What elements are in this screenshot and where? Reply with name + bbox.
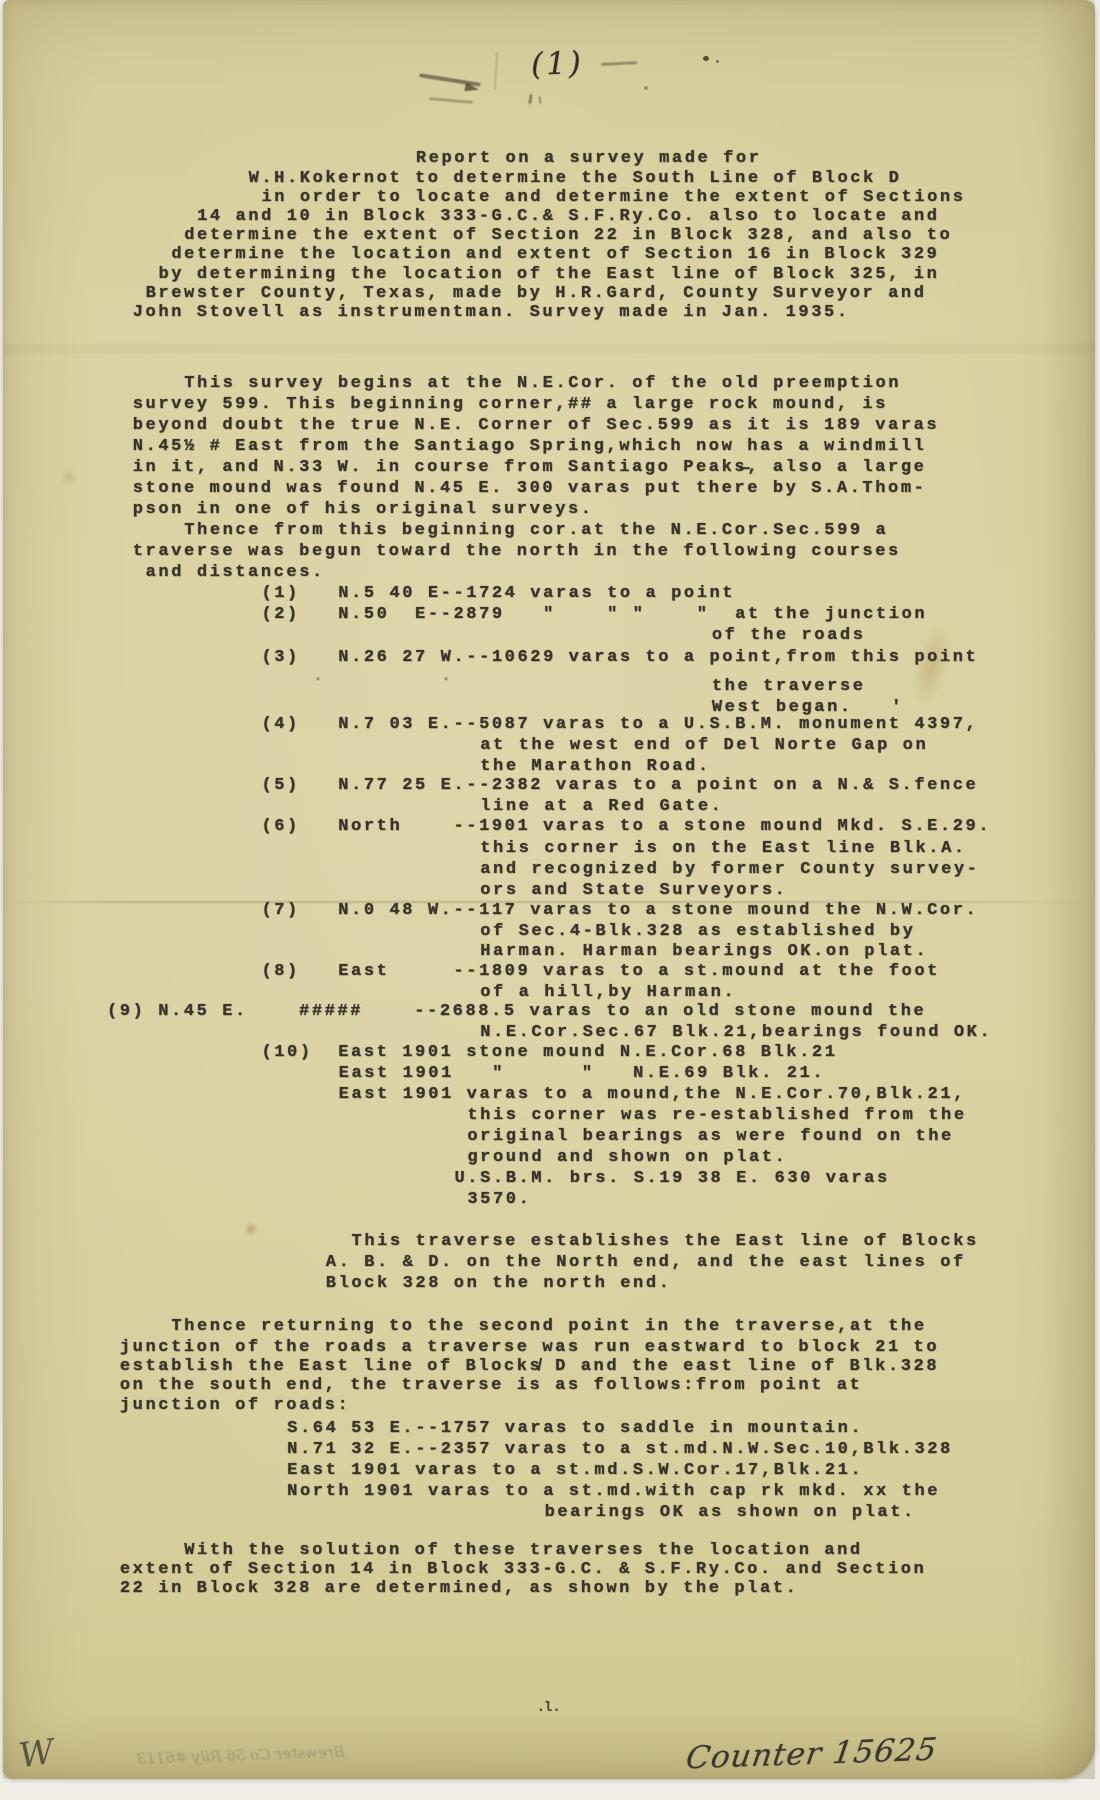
stain [243,1222,259,1236]
typed-line: (5) N.77 25 E.--2382 varas to a point on… [261,777,978,795]
typed-line: traverse was begun toward the north in t… [133,543,901,561]
typed-line: on the south end, the traverse is as fol… [120,1377,863,1395]
typed-line: at the west end of Del Norte Gap on [480,737,928,755]
typed-line: original bearings as were found on the [467,1128,953,1146]
typed-line: W.H.Kokernot to determine the South Line… [249,170,902,188]
typed-line: of a hill,by Harman. [480,984,736,1002]
typed-line: . . [313,668,454,686]
typed-line: and distances. [146,564,325,582]
typed-line: (9) N.45 E. ##### --2688.5 varas to an o… [107,1003,926,1021]
typed-line: Report on a survey made for [416,150,762,168]
pencil-smudge [429,97,473,104]
typed-line: (7) N.0 48 W.--117 varas to a stone moun… [261,902,978,920]
typed-line: establish the East line of Blocks̸ D and… [120,1358,939,1376]
paper: (1) Report on a survey made forW.H.Koker… [3,0,1095,1779]
typed-line: A. B. & D. on the North end, and the eas… [326,1254,966,1272]
page-number-annotation: (1) [530,45,584,83]
typed-line: 3570. [467,1191,531,1209]
typed-line: (4) N.7 03 E.--5087 varas to a U.S.B.M. … [261,716,978,734]
ink-dot [716,60,719,63]
typed-line: John Stovell as instrumentman. Survey ma… [133,304,850,322]
typed-line: of Sec.4-Blk.328 as established by [480,923,915,941]
typed-line: beyond doubt the true N.E. Corner of Sec… [133,417,940,435]
typed-line: and recognized by former County survey- [480,861,979,879]
typed-line: this corner is on the East line Blk.A. [480,840,966,858]
ink-dot [703,56,709,61]
typed-line: line at a Red Gate. [480,798,723,816]
pencil-smudge [464,82,480,94]
typed-line: by determining the location of the East … [158,266,939,284]
typed-line: With the solution of these traverses the… [184,1542,863,1560]
typed-line: ors and State Surveyors. [480,882,787,900]
typed-line: East 1901 varas to a mound,the N.E.Cor.7… [339,1086,966,1104]
typed-line: S.64 53 E.--1757 varas to saddle in moun… [287,1420,863,1438]
typed-line: (1) N.5 40 E--1724 varas to a point [261,585,735,603]
typed-line: this corner was re-established from the [467,1107,966,1125]
typed-line: This survey begins at the N.E.Cor. of th… [184,375,901,393]
typed-line: in it, and N.33 W. in course from Santia… [133,459,927,477]
pencil-tick [528,94,532,104]
typed-line: (6) North --1901 varas to a stone mound … [261,818,991,836]
scan-band [3,344,1095,353]
typed-line: East 1901 varas to a st.md.S.W.Cor.17,Bl… [287,1462,863,1480]
pencil-tick [539,96,542,104]
corner-scribble: W [16,1732,56,1776]
typed-line: pson in one of his original surveys. [133,501,594,519]
typed-line: Thence returning to the second point in … [171,1318,926,1336]
typed-line: N.45½ # East from the Santiago Spring,wh… [133,438,927,456]
typed-line: Brewster County, Texas, made by H.R.Gard… [146,285,927,303]
typed-line: East 1901 " " N.E.69 Blk. 21. [339,1065,825,1083]
ink-dot [644,86,648,90]
typed-line: N.71 32 E.--2357 varas to a st.md.N.W.Se… [287,1441,953,1459]
typed-line: (10) East 1901 stone mound N.E.Cor.68 Bl… [261,1044,837,1062]
typed-line: bearings OK as shown on plat. [545,1504,916,1522]
typed-line: U.S.B.M. brs. S.19 38 E. 630 varas [454,1170,889,1188]
typed-line: Thence from this beginning cor.at the N.… [184,522,888,540]
typed-line: junction of roads: [120,1397,350,1415]
typed-line: determine the extent of Section 22 in Bl… [184,227,952,245]
typed-line: the traverse [712,678,866,696]
typed-line: Harman. Harman bearings OK.on plat. [480,943,928,961]
typed-line: ground and shown on plat. [467,1149,787,1167]
ink-mark: .l. [537,1700,560,1715]
typed-line: 22 in Block 328 are determined, as shown… [120,1580,799,1598]
typed-line: the Marathon Road. [480,758,710,776]
typed-line: (2) N.50 E--2879 " " " " at the junction [261,606,927,624]
typed-line: Block 328 on the north end. [326,1275,672,1293]
typed-line: survey 599. This beginning corner,## a l… [133,396,888,414]
typed-line: This traverse establishes the East line … [352,1233,979,1251]
stain [59,470,79,485]
typed-line: stone mound was found N.45 E. 300 varas … [133,480,927,498]
typed-line: extent of Section 14 in Block 333-G.C. &… [120,1561,927,1579]
typed-line: junction of the roads a traverse was run… [120,1339,939,1357]
paper-edge-shadow [1041,0,1095,1779]
typed-line: (8) East --1809 varas to a st.mound at t… [261,963,940,981]
typed-line: N.E.Cor.Sec.67 Blk.21,bearings found OK. [480,1024,992,1042]
typed-line: (3) N.26 27 W.--10629 varas to a point,f… [261,649,978,667]
pencil-dash [601,61,637,66]
typed-line: North 1901 varas to a st.md.with cap rk … [287,1483,940,1501]
typed-line: of the roads [712,627,866,645]
typed-line: in order to locate and determine the ext… [261,189,965,207]
typed-line: determine the location and extent of Sec… [171,246,939,264]
typed-line: 14 and 10 in Block 333-G.C.& S.F.Ry.Co. … [197,208,940,226]
pencil-scratch [494,52,498,90]
